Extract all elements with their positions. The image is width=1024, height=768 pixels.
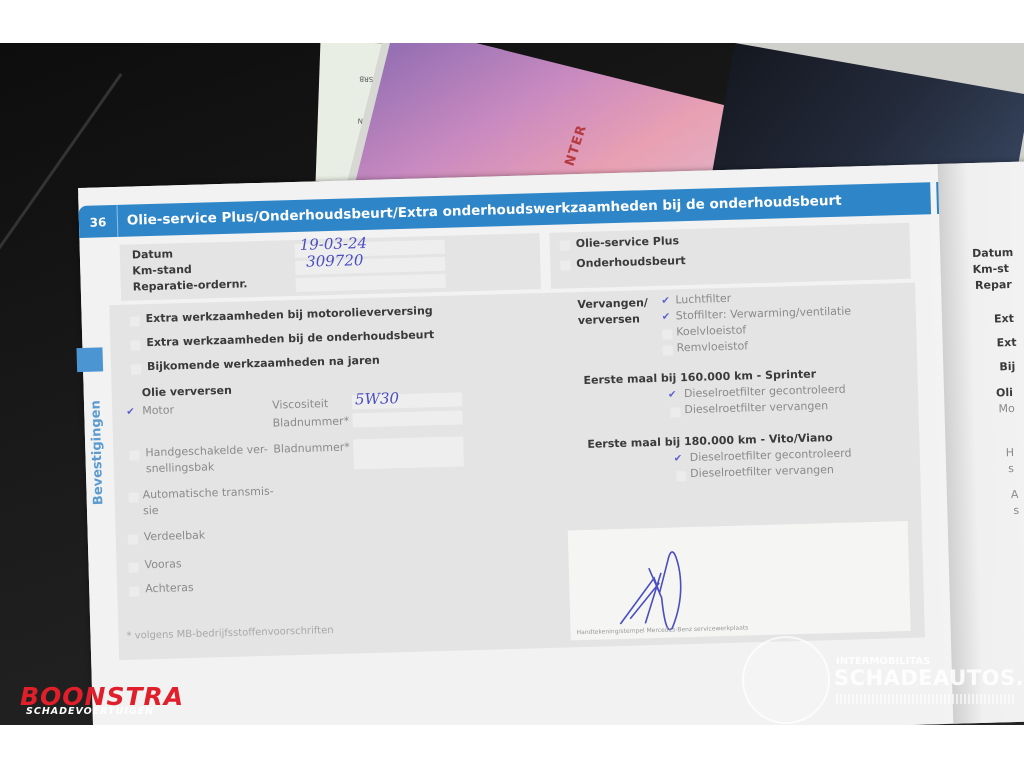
checkbox-manual-gearbox[interactable]	[129, 450, 139, 460]
extra-work-label: Extra werkzaamheden bij de onderhoudsbeu…	[146, 328, 434, 349]
watermark-pattern	[836, 694, 1016, 704]
sheet-field-gearbox[interactable]	[353, 436, 464, 469]
handwritten-viscosity: 5W30	[355, 389, 400, 408]
checkbox-olie-service[interactable]	[560, 240, 570, 250]
handwritten-km: 309720	[306, 251, 364, 271]
sheet-label: Bladnummer*	[272, 415, 349, 430]
sprinter-item: Dieselroetfilter vervangen	[684, 399, 828, 416]
checkbox-extra-oil[interactable]	[130, 316, 140, 326]
signature-box[interactable]: Handtekening/stempel Mercedes-Benz servi…	[568, 521, 911, 640]
order-label: Reparatie-ordernr.	[133, 277, 248, 293]
checkbox-onderhoudsbeurt[interactable]	[560, 260, 570, 270]
oil-item-manual-2: snellingsbak	[146, 460, 215, 475]
service-type-section: Olie-service Plus Onderhoudsbeurt	[549, 223, 910, 289]
checkbox-transfer-case[interactable]	[128, 534, 138, 544]
oil-item-manual: Handgeschakelde ver-	[145, 443, 268, 459]
checkbox-coolant[interactable]	[662, 329, 672, 339]
checkbox-vito-replaced[interactable]	[676, 471, 686, 481]
sheet-label: Bladnummer*	[273, 441, 350, 456]
checkbox-sprinter-replaced[interactable]	[670, 407, 680, 417]
right-label: Datum	[972, 246, 1013, 260]
replace-title: Vervangen/	[577, 296, 648, 311]
sheet-field-motor[interactable]	[352, 410, 462, 427]
checkbox-front-axle[interactable]	[128, 562, 138, 572]
checkmark-icon: ✔	[661, 296, 670, 307]
right-label: Km-st	[972, 262, 1009, 276]
checkmark-icon: ✔	[674, 453, 683, 464]
oil-item-automatic: Automatische transmis-	[142, 485, 273, 502]
checkmark-icon: ✔	[126, 407, 135, 418]
checkbox-automatic[interactable]	[129, 492, 139, 502]
viscosity-label: Viscositeit	[272, 397, 328, 412]
vito-item: Dieselroetfilter vervangen	[690, 463, 834, 480]
checkbox-brake-fluid[interactable]	[663, 345, 673, 355]
checkmark-icon: ✔	[662, 312, 671, 323]
boonstra-subtitle: SCHADEVOERTUIGEN	[26, 706, 154, 717]
footnote: * volgens MB-bedrijfsstoffenvoorschrifte…	[126, 625, 333, 642]
service-type-label: Olie-service Plus	[576, 234, 680, 250]
page-right: Datum Km-st Repar Ext Ext Bij Oli Mo H s…	[938, 161, 1024, 724]
side-tab-marker	[76, 347, 103, 372]
service-booklet: 36 Olie-service Plus/Onderhoudsbeurt/Ext…	[78, 161, 1024, 725]
date-label: Datum	[132, 247, 173, 261]
right-label: A	[1011, 488, 1019, 501]
oil-item-front-axle: Vooras	[144, 557, 181, 571]
replace-item: Stoffilter: Verwarming/ventilatie	[676, 304, 852, 322]
extra-work-label: Extra werkzaamheden bij motorolieververs…	[145, 304, 432, 325]
replace-item: Remvloeistof	[677, 339, 749, 354]
watermark-big: SCHADEAUTOS.NL	[834, 666, 1024, 690]
sprinter-item: Dieselroetfilter gecontroleerd	[684, 383, 846, 401]
page-number: 36	[79, 205, 119, 238]
order-field[interactable]	[296, 274, 446, 292]
checkbox-extra-service[interactable]	[130, 340, 140, 350]
globe-icon	[742, 636, 830, 724]
right-label: Mo	[998, 402, 1015, 415]
oil-item-rear-axle: Achteras	[145, 581, 194, 595]
page-left: 36 Olie-service Plus/Onderhoudsbeurt/Ext…	[78, 164, 945, 725]
service-type-label: Onderhoudsbeurt	[576, 254, 686, 270]
right-label: Ext	[997, 336, 1017, 350]
replace-title-2: verversen	[578, 312, 640, 327]
right-label: H	[1006, 446, 1015, 459]
record-section: Datum Km-stand Reparatie-ordernr. 19-03-…	[120, 233, 541, 301]
extra-work-label: Bijkomende werkzaamheden na jaren	[147, 354, 380, 373]
side-tab-label: Bevestigingen	[88, 395, 106, 505]
km-label: Km-stand	[132, 263, 192, 278]
replace-item: Koelvloeistof	[676, 323, 746, 338]
right-label: s	[1008, 462, 1014, 475]
checkbox-extra-years[interactable]	[131, 364, 141, 374]
vito-item: Dieselroetfilter gecontroleerd	[690, 447, 852, 465]
right-label: Repar	[975, 278, 1012, 292]
oil-item-transfer: Verdeelbak	[144, 529, 206, 544]
replace-item: Luchtfilter	[675, 292, 731, 307]
signature-scribble	[598, 536, 721, 639]
checkmark-icon: ✔	[668, 389, 677, 400]
oil-item-automatic-2: sie	[143, 504, 159, 517]
right-label: Bij	[999, 360, 1015, 373]
oil-item-motor: Motor	[142, 403, 174, 417]
oil-change-title: Olie verversen	[142, 384, 232, 400]
right-label: Ext	[994, 312, 1014, 326]
right-label: Oli	[996, 386, 1013, 399]
photo: SRB ON NTER 36 Olie-service Plus/Onderho…	[0, 43, 1024, 725]
right-label: s	[1013, 504, 1019, 517]
checkbox-rear-axle[interactable]	[129, 586, 139, 596]
